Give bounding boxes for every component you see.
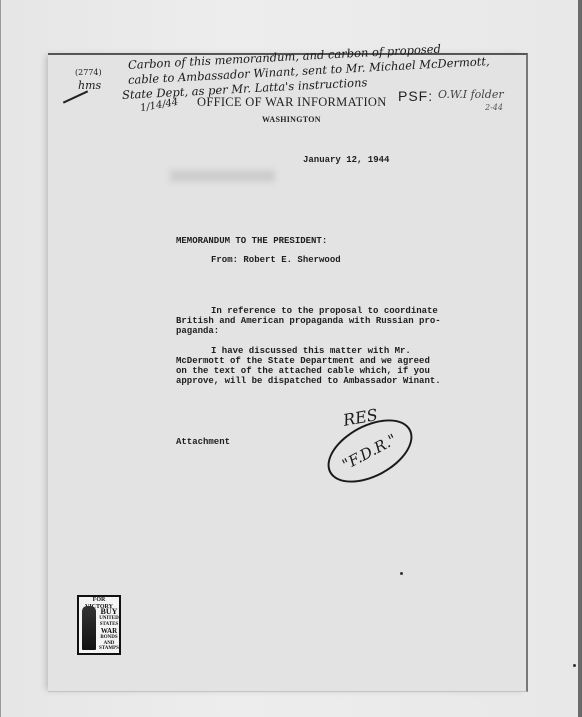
minuteman-figure-icon <box>82 606 96 650</box>
speck <box>573 664 576 667</box>
letterhead-office: OFFICE OF WAR INFORMATION <box>197 95 387 110</box>
paragraph2-line: on the text of the attached cable which,… <box>176 366 430 376</box>
paragraph2-line: approve, will be dispatched to Ambassado… <box>176 376 441 386</box>
paragraph1-line: paganda: <box>176 326 219 336</box>
file-stamp-folder: O.W.I folder <box>438 88 504 101</box>
attachment-label: Attachment <box>176 437 230 447</box>
paragraph1-line: In reference to the proposal to coordina… <box>211 306 438 316</box>
poster-body: BUY UNITED STATES WAR BONDS AND STAMPS <box>98 607 120 652</box>
paragraph1-line: British and American propaganda with Rus… <box>176 316 441 326</box>
memo-date: January 12, 1944 <box>303 155 389 165</box>
margin-code: (2774) <box>75 68 102 77</box>
letterhead-city: WASHINGTON <box>262 115 321 124</box>
file-stamp-label: PSF: <box>398 88 433 104</box>
poster-sub1: UNITED STATES <box>98 616 120 627</box>
file-stamp-number: 2-44 <box>485 103 503 112</box>
memo-from: From: Robert E. Sherwood <box>211 255 341 265</box>
paragraph2-line: I have discussed this matter with Mr. <box>211 346 411 356</box>
memo-addressee: MEMORANDUM TO THE PRESIDENT: <box>176 236 327 246</box>
poster-sub2: BONDS AND STAMPS <box>98 635 120 652</box>
speck <box>400 572 403 575</box>
paragraph2-line: McDermott of the State Department and we… <box>176 356 430 366</box>
scan-edge <box>578 0 582 717</box>
erased-smudge <box>170 170 275 182</box>
poster-war: WAR <box>98 627 120 635</box>
poster-buy: BUY <box>98 607 120 616</box>
war-bonds-poster: FOR VICTORY BUY UNITED STATES WAR BONDS … <box>77 595 121 655</box>
margin-initial: hms <box>78 79 101 92</box>
